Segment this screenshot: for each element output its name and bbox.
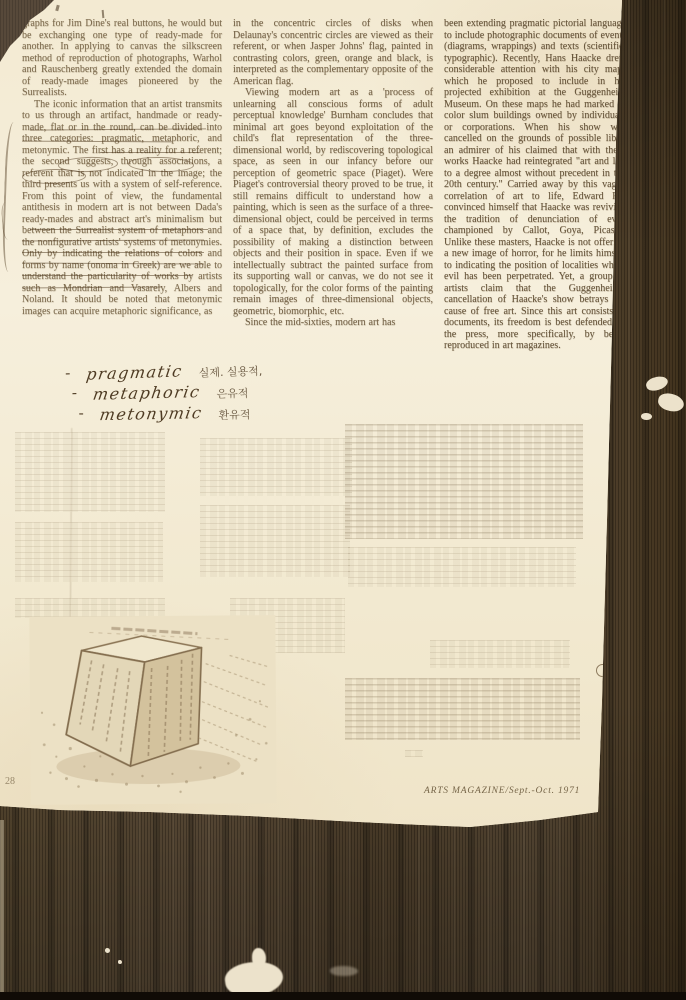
note-korean-translation: 은유적 (216, 381, 248, 402)
faded-text-block (348, 547, 576, 587)
pen-underline (100, 152, 200, 153)
faded-mark (405, 750, 423, 757)
faded-text-block (15, 522, 163, 582)
faded-text-block (200, 505, 350, 577)
article-paragraph: been extending pragmatic pictorial langu… (444, 18, 626, 352)
article-paragraph: in the concentric circles of disks when … (233, 18, 433, 87)
faded-text-block (345, 424, 583, 539)
pen-underline (22, 275, 192, 276)
note-dash: - (72, 385, 77, 405)
paper-scrap (252, 948, 266, 968)
article-paragraph: The iconic information that an artist tr… (22, 99, 222, 318)
handwritten-note: - metonymic 환유적 (79, 402, 264, 426)
note-term: metonymic (98, 403, 204, 425)
pen-underline (22, 252, 204, 253)
cube-sculpture-illustration (29, 615, 276, 805)
paper-speck (105, 948, 110, 953)
faded-text-block (15, 432, 165, 512)
article-paragraph: Since the mid-sixties, modern art has (233, 317, 433, 329)
faded-text-block (15, 598, 165, 618)
note-term: pragmatic (85, 361, 184, 384)
scan-edge-highlight (0, 820, 4, 992)
magazine-credit: ARTS MAGAZINE/Sept.-Oct. 1971 (424, 786, 624, 796)
note-korean-translation: 실제. 실용적, (198, 359, 262, 381)
pen-underline (30, 229, 208, 230)
note-dash: - (65, 365, 71, 385)
text-column-3: been extending pragmatic pictorial langu… (444, 18, 626, 352)
note-term: metaphoric (91, 382, 202, 405)
handwritten-notes: - pragmatic 실제. 실용적, - metaphoric 은유적 - … (65, 359, 264, 429)
faded-text-block (430, 640, 570, 668)
article-paragraph: graphs for Jim Dine's real buttons, he w… (22, 18, 222, 99)
note-dash: - (79, 405, 84, 425)
pen-margin-bracket (1, 122, 20, 272)
paper-speck (118, 960, 122, 964)
sculpture-photo (29, 615, 276, 805)
paper-speck (330, 966, 358, 976)
paper-scrap (641, 413, 652, 420)
pen-speck (102, 10, 105, 18)
faded-text-block (200, 438, 352, 496)
article-paragraph: Viewing modern art as a 'process of unle… (233, 87, 433, 317)
scan-bottom-edge (0, 992, 686, 1000)
handwritten-note: - metaphoric 은유적 (72, 381, 263, 406)
page-number: 28 (5, 776, 15, 787)
note-korean-translation: 환유적 (218, 402, 250, 423)
text-column-2: in the concentric circles of disks when … (233, 18, 433, 329)
pen-speck (55, 5, 59, 12)
scanned-photocopy-scene: graphs for Jim Dine's real buttons, he w… (0, 0, 686, 1000)
faded-caption-block (345, 678, 580, 740)
